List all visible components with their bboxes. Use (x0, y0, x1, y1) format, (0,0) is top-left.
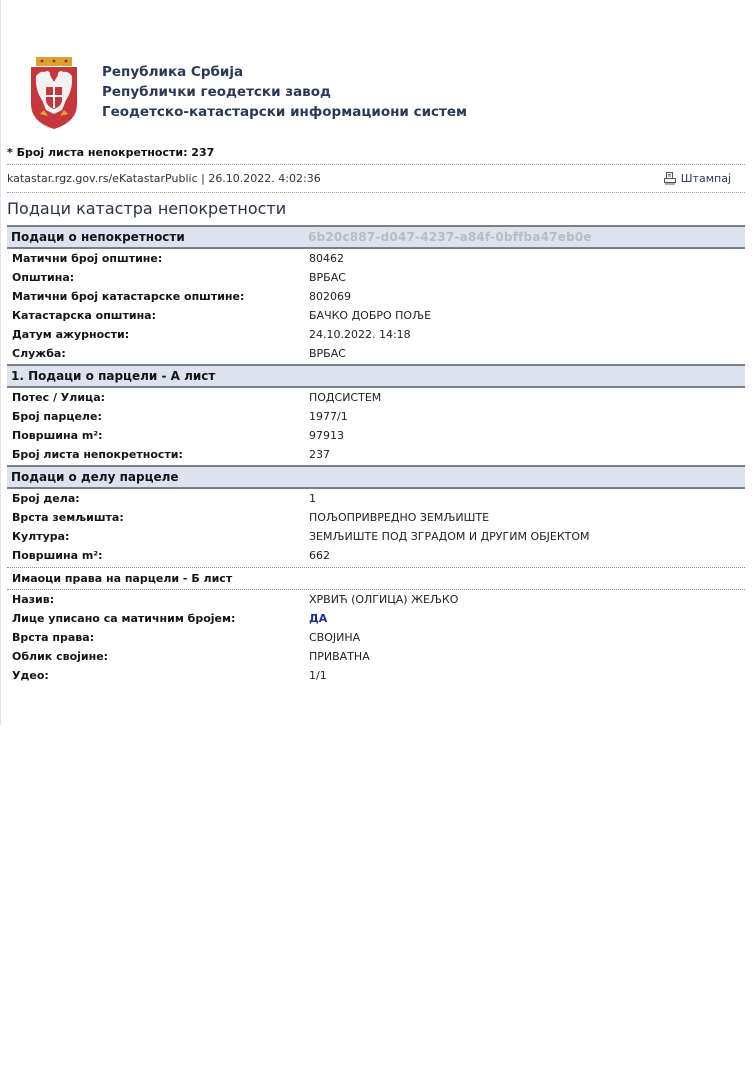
row-label: Служба: (7, 347, 309, 360)
section-header: Подаци о непокретности 6b20c887-d047-423… (7, 225, 745, 249)
meta-line: katastar.rgz.gov.rs/eKatastarPublic | 26… (7, 172, 731, 185)
row-value: 1977/1 (309, 410, 348, 423)
print-button[interactable]: Штампај (664, 172, 731, 185)
table-row: Потес / Улица: ПОДСИСТЕМ (7, 388, 745, 407)
table-row: Удео: 1/1 (7, 666, 745, 685)
row-label: Врста земљишта: (7, 511, 309, 524)
row-value: 1/1 (309, 669, 327, 682)
row-value: СВОЈИНА (309, 631, 360, 644)
table-row: Врста права: СВОЈИНА (7, 628, 745, 647)
row-value: 97913 (309, 429, 344, 442)
section-header: Подаци о делу парцеле (7, 465, 745, 489)
table-row: Матични број катастарске општине: 802069 (7, 287, 745, 306)
header-agency: Републички геодетски завод (102, 82, 467, 102)
row-label: Облик својине: (7, 650, 309, 663)
divider (7, 192, 745, 193)
table-row: Број дела: 1 (7, 489, 745, 508)
row-value: ВРБАС (309, 271, 346, 284)
row-label: Култура: (7, 530, 309, 543)
row-label: Удео: (7, 669, 309, 682)
site-header: Република Србија Републички геодетски за… (28, 56, 467, 132)
row-label: Општина: (7, 271, 309, 284)
row-value: ДА (309, 612, 327, 625)
row-label: Матични број катастарске општине: (7, 290, 309, 303)
row-value: 1 (309, 492, 316, 505)
row-label: Површина m²: (7, 549, 309, 562)
header-system: Геодетско-катастарски информациони систе… (102, 102, 467, 122)
table-row: Матични број општине: 80462 (7, 249, 745, 268)
row-value: 237 (309, 448, 330, 461)
row-label: Катастарска општина: (7, 309, 309, 322)
section-title: Подаци о делу парцеле (11, 470, 179, 484)
page-title: Подаци катастра непокретности (7, 199, 286, 218)
table-row: Површина m²: 97913 (7, 426, 745, 445)
row-value: ПОДСИСТЕМ (309, 391, 381, 404)
table-row: Број парцеле: 1977/1 (7, 407, 745, 426)
row-value: 80462 (309, 252, 344, 265)
source-and-timestamp: katastar.rgz.gov.rs/eKatastarPublic | 26… (7, 172, 321, 185)
row-label: Лице уписано са матичним бројем: (7, 612, 309, 625)
table-row: Број листа непокретности: 237 (7, 445, 745, 464)
row-label: Број листа непокретности: (7, 448, 309, 461)
table-row: Назив: ХРВИЋ (ОЛГИЦА) ЖЕЉКО (7, 590, 745, 609)
table-row: Облик својине: ПРИВАТНА (7, 647, 745, 666)
section-title: Подаци о непокретности (11, 230, 185, 244)
print-label: Штампај (681, 172, 731, 185)
row-label: Врста права: (7, 631, 309, 644)
row-value: ВРБАС (309, 347, 346, 360)
property-guid: 6b20c887-d047-4237-a84f-0bffba47eb0e (308, 230, 592, 244)
row-value: ПРИВАТНА (309, 650, 370, 663)
section-header: 1. Подаци о парцели - А лист (7, 364, 745, 388)
row-value: ХРВИЋ (ОЛГИЦА) ЖЕЉКО (309, 593, 458, 606)
table-row: Служба: ВРБАС (7, 344, 745, 363)
row-value: ПОЉОПРИВРЕДНО ЗЕМЉИШТЕ (309, 511, 489, 524)
row-value: 24.10.2022. 14:18 (309, 328, 411, 341)
parcel-section: 1. Подаци о парцели - А лист Потес / Ули… (7, 364, 745, 464)
row-label: Назив: (7, 593, 309, 606)
row-value: ЗЕМЉИШТЕ ПОД ЗГРАДОМ И ДРУГИМ ОБЈЕКТОМ (309, 530, 590, 543)
row-label: Број парцеле: (7, 410, 309, 423)
printer-icon (664, 172, 676, 185)
row-label: Матични број општине: (7, 252, 309, 265)
table-row: Врста земљишта: ПОЉОПРИВРЕДНО ЗЕМЉИШТЕ (7, 508, 745, 527)
owners-section: Имаоци права на парцели - Б лист Назив: … (7, 567, 745, 685)
table-row: Општина: ВРБАС (7, 268, 745, 287)
row-label: Број дела: (7, 492, 309, 505)
sheet-number-line: * Број листа непокретности: 237 (7, 146, 214, 159)
serbia-coat-of-arms-icon (28, 56, 80, 130)
table-row: Датум ажурности: 24.10.2022. 14:18 (7, 325, 745, 344)
row-label: Датум ажурности: (7, 328, 309, 341)
divider (7, 164, 745, 165)
table-row: Лице уписано са матичним бројем: ДА (7, 609, 745, 628)
table-row: Катастарска општина: БАЧКО ДОБРО ПОЉЕ (7, 306, 745, 325)
page-left-edge (0, 0, 1, 725)
row-value: 802069 (309, 290, 351, 303)
table-row: Култура: ЗЕМЉИШТЕ ПОД ЗГРАДОМ И ДРУГИМ О… (7, 527, 745, 546)
property-section: Подаци о непокретности 6b20c887-d047-423… (7, 225, 745, 363)
row-label: Потес / Улица: (7, 391, 309, 404)
owners-section-header: Имаоци права на парцели - Б лист (7, 567, 745, 590)
section-title: 1. Подаци о парцели - А лист (11, 369, 215, 383)
row-value: 662 (309, 549, 330, 562)
header-titles: Република Србија Републички геодетски за… (102, 62, 467, 122)
header-country: Република Србија (102, 62, 467, 82)
parcel-part-section: Подаци о делу парцеле Број дела: 1 Врста… (7, 465, 745, 565)
row-value: БАЧКО ДОБРО ПОЉЕ (309, 309, 431, 322)
row-label: Површина m²: (7, 429, 309, 442)
table-row: Површина m²: 662 (7, 546, 745, 565)
